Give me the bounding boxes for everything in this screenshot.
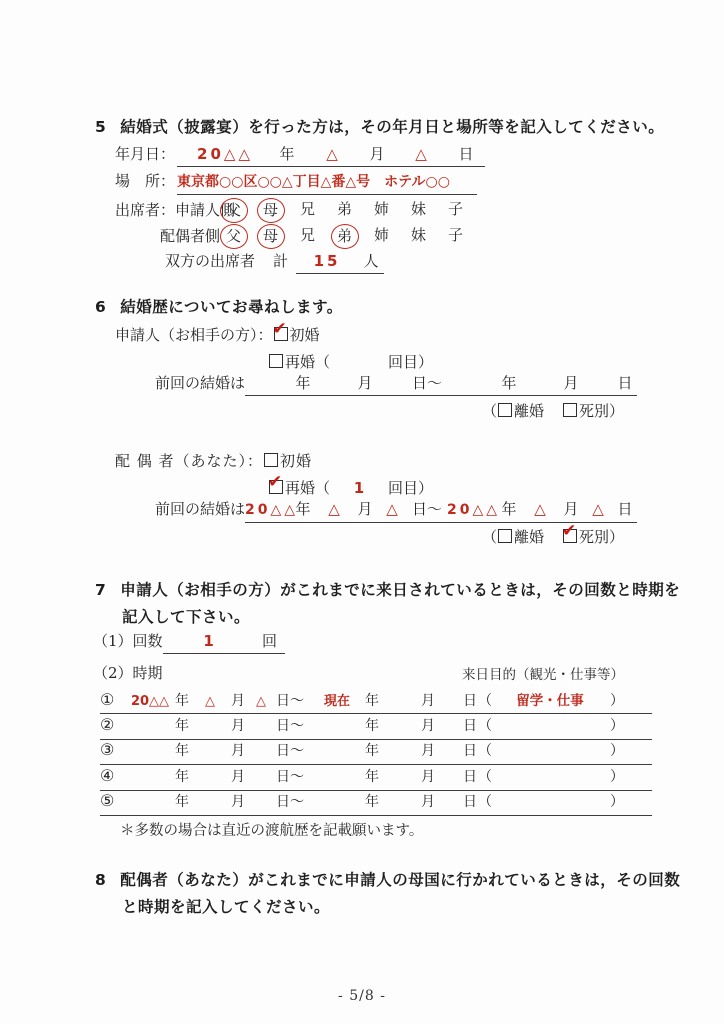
kinship-item: 姉 xyxy=(363,198,400,223)
checkbox-spouse-bereavement-checked: ✔ xyxy=(563,529,577,543)
kinship-younger-sister: 妹 xyxy=(411,224,427,245)
checkbox-spouse-remarriage-checked: ✔ xyxy=(269,480,283,494)
visit-count-row: （1）回数1回 xyxy=(93,632,285,654)
prev-to-day-value: △ xyxy=(583,500,613,519)
month-unit: 月 xyxy=(363,145,391,164)
row-number: ① xyxy=(100,690,126,709)
visit-purpose-header: 来日目的（観光・仕事等） xyxy=(462,667,624,684)
first-marriage-label: 初婚 xyxy=(280,452,312,470)
total-attendees-value: 15 xyxy=(296,252,358,271)
section5-number: 5 xyxy=(95,118,106,137)
wedding-place-row: 場 所：東京都○○区○○△丁目△番△号 ホテル○○ xyxy=(115,172,477,195)
section8-number: 8 xyxy=(95,871,106,890)
section6-title: 結婚歴についてお尋ねします。 xyxy=(120,298,342,316)
kinship-item: 母 xyxy=(252,198,289,223)
year-unit: 年 xyxy=(497,374,521,393)
close-paren: ） xyxy=(610,791,622,811)
day-tilde-unit: 日～ xyxy=(276,740,310,760)
kinship-elder-sister: 姉 xyxy=(374,198,390,219)
section7-title-line2: 記入して下さい。 xyxy=(122,608,250,626)
remarriage-suffix: 回目） xyxy=(388,353,433,371)
section7-title-line1: 申請人（お相手の方）がこれまでに来日されているときは，その回数と時期を xyxy=(120,581,680,599)
day-unit: 日 xyxy=(462,690,478,710)
year-unit: 年 xyxy=(174,715,190,735)
spouse-side-label: 配偶者側 xyxy=(160,227,220,245)
year-unit: 年 xyxy=(364,715,380,735)
visit-row-1: ①20△△年△月△日～現在年月日（留学・仕事） xyxy=(100,689,652,714)
kinship-elder-brother: 兄 xyxy=(300,198,316,219)
day-tilde-unit: 日～ xyxy=(407,374,447,393)
wedding-date-field: 20△△年△月△日 xyxy=(177,145,485,167)
day-unit: 日 xyxy=(462,740,478,760)
visit-row-5: ⑤年月日～年月日（） xyxy=(100,791,652,816)
kinship-child: 子 xyxy=(448,198,464,219)
wedding-month-value: △ xyxy=(301,145,363,164)
previous-marriage-label: 前回の結婚は xyxy=(155,374,245,392)
year-unit: 年 xyxy=(273,145,301,164)
applicant-marriage-history-row: 申請人（お相手の方）：✔初婚 xyxy=(115,326,320,345)
applicant-previous-marriage-row: 前回の結婚は年月日～年月日 xyxy=(155,374,637,396)
row-number: ⑤ xyxy=(100,791,126,810)
year-unit: 年 xyxy=(174,690,190,710)
spouse-previous-marriage-row: 前回の結婚は20△△年△月△日～20△△年△月△日 xyxy=(155,500,637,523)
applicant-label: 申請人（お相手の方）： xyxy=(115,326,273,344)
wedding-day-value: △ xyxy=(391,145,451,164)
kinship-item: 弟 xyxy=(326,224,363,249)
year-unit: 年 xyxy=(364,740,380,760)
times-unit: 回 xyxy=(255,632,285,651)
close-paren: ） xyxy=(610,766,622,786)
kinship-elder-brother: 兄 xyxy=(300,224,316,245)
kinship-item: 妹 xyxy=(400,198,437,223)
section7-number: 7 xyxy=(95,581,106,600)
month-unit: 月 xyxy=(230,740,246,760)
open-paren: （ xyxy=(478,690,490,710)
year-unit: 年 xyxy=(364,766,380,786)
checkbox-spouse-first-marriage xyxy=(264,453,278,467)
open-paren: （ xyxy=(482,402,497,420)
month-unit: 月 xyxy=(420,740,436,760)
visit-note-row: ＊多数の場合は直近の渡航歴を記載願います。 xyxy=(120,822,423,840)
open-paren: （ xyxy=(478,766,490,786)
section5-title: 結婚式（披露宴）を行った方は，その年月日と場所等を記入してください。 xyxy=(120,118,664,136)
kinship-child: 子 xyxy=(448,224,464,245)
open-paren: （ xyxy=(478,791,490,811)
previous-marriage-label: 前回の結婚は xyxy=(155,500,245,518)
visit-note: ＊多数の場合は直近の渡航歴を記載願います。 xyxy=(120,823,423,839)
checkbox-applicant-first-marriage-checked: ✔ xyxy=(274,327,288,341)
visit-purpose-value: 留学・仕事 xyxy=(490,689,610,709)
attendees-applicant-kinship-row: 父 母 兄 弟 姉 妹 子 xyxy=(215,198,474,223)
visit-row-2: ②年月日～年月日（） xyxy=(100,715,652,740)
total-attendees-label: 双方の出席者 xyxy=(165,252,255,270)
kinship-item: 兄 xyxy=(289,198,326,223)
check-icon: ✔ xyxy=(273,319,287,340)
month-unit: 月 xyxy=(353,374,377,393)
applicant-divorce-bereavement-row: （離婚死別） xyxy=(482,402,624,421)
wedding-place-field: 東京都○○区○○△丁目△番△号 ホテル○○ xyxy=(177,174,477,195)
section8-heading-line1: 8配偶者（あなた）がこれまでに申請人の母国に行かれているときは，その回数 xyxy=(95,871,680,890)
month-unit: 月 xyxy=(230,690,246,710)
page-number-text: - 5/8 - xyxy=(338,988,386,1004)
checkbox-applicant-bereavement xyxy=(563,403,577,417)
from-month-value: △ xyxy=(190,694,230,709)
page-number: - 5/8 - xyxy=(0,988,724,1004)
remarriage-suffix: 回目） xyxy=(388,479,433,497)
spouse-remarriage-row: ✔再婚（1回目） xyxy=(268,479,433,498)
day-unit: 日 xyxy=(462,715,478,735)
month-unit: 月 xyxy=(559,374,583,393)
visit-count-label: （1）回数 xyxy=(93,632,163,650)
close-paren: ） xyxy=(610,690,622,710)
year-unit: 年 xyxy=(497,500,521,519)
month-unit: 月 xyxy=(559,500,583,519)
open-paren: （ xyxy=(482,528,497,546)
kinship-father-circled: 父 xyxy=(220,224,248,249)
divorce-label: 離婚 xyxy=(514,402,544,420)
year-unit: 年 xyxy=(174,791,190,811)
year-unit: 年 xyxy=(364,690,380,710)
purpose-header-label: 来日目的（観光・仕事等） xyxy=(462,667,624,683)
kinship-item: 妹 xyxy=(400,224,437,249)
remarriage-label: 再婚（ xyxy=(285,353,330,371)
visit-period-label-row: （2）時期 xyxy=(93,664,163,683)
applicant-remarriage-row: 再婚（回目） xyxy=(268,353,433,372)
applicant-previous-marriage-field: 年月日～年月日 xyxy=(245,374,637,396)
section7-heading-line1: 7申請人（お相手の方）がこれまでに来日されているときは，その回数と時期を xyxy=(95,581,680,600)
year-unit: 年 xyxy=(174,766,190,786)
kinship-item: 父 xyxy=(215,198,252,223)
prev-from-year-value: 20△△ xyxy=(245,502,291,520)
bereavement-label: 死別 xyxy=(579,402,609,420)
total-counter-label: 計 xyxy=(273,252,288,270)
checkbox-applicant-divorce xyxy=(498,403,512,417)
day-tilde-unit: 日～ xyxy=(276,791,310,811)
kinship-father-circled: 父 xyxy=(220,198,248,223)
checkbox-applicant-remarriage xyxy=(269,354,283,368)
prev-from-day-value: △ xyxy=(377,500,407,519)
check-icon: ✔ xyxy=(268,472,282,493)
divorce-label: 離婚 xyxy=(514,528,544,546)
month-unit: 月 xyxy=(420,766,436,786)
day-unit: 日 xyxy=(613,500,637,519)
kinship-younger-sister: 妹 xyxy=(411,198,427,219)
kinship-item: 弟 xyxy=(326,198,363,223)
day-tilde-unit: 日～ xyxy=(276,715,310,735)
spouse-divorce-bereavement-row: （離婚✔死別） xyxy=(482,528,624,547)
month-unit: 月 xyxy=(420,690,436,710)
day-unit: 日 xyxy=(613,374,637,393)
section7-heading-line2: 記入して下さい。 xyxy=(122,608,250,627)
visit-row-3: ③年月日～年月日（） xyxy=(100,740,652,765)
attendees-spouse-label-row: 配偶者側 xyxy=(160,227,220,246)
kinship-younger-brother-circled: 弟 xyxy=(331,224,359,249)
wedding-date-label: 年月日： xyxy=(115,145,175,163)
check-icon: ✔ xyxy=(562,521,576,542)
close-paren: ） xyxy=(610,715,622,735)
spouse-remarriage-count: 1 xyxy=(330,479,388,498)
month-unit: 月 xyxy=(420,715,436,735)
day-tilde-unit: 日～ xyxy=(276,766,310,786)
checkbox-spouse-divorce xyxy=(498,529,512,543)
spouse-marriage-history-row: 配 偶 者（あなた）：初婚 xyxy=(115,452,312,471)
kinship-elder-sister: 姉 xyxy=(374,224,390,245)
open-paren: （ xyxy=(478,740,490,760)
row-number: ② xyxy=(100,715,126,734)
visit-row-4: ④年月日～年月日（） xyxy=(100,766,652,791)
visit-count-field: 1回 xyxy=(163,632,285,654)
section8-heading-line2: と時期を記入してください。 xyxy=(122,898,330,917)
month-unit: 月 xyxy=(230,791,246,811)
visit-period-label: （2）時期 xyxy=(93,664,163,682)
spouse-label: 配 偶 者（あなた）： xyxy=(115,452,263,470)
close-paren: ） xyxy=(610,740,622,760)
kinship-mother-circled: 母 xyxy=(257,198,285,223)
day-unit: 日 xyxy=(462,791,478,811)
day-tilde-unit: 日～ xyxy=(407,500,447,519)
month-unit: 月 xyxy=(230,715,246,735)
row-number: ④ xyxy=(100,766,126,785)
section8-title-line2: と時期を記入してください。 xyxy=(122,898,330,916)
total-attendees-row: 双方の出席者計15人 xyxy=(165,252,384,274)
bereavement-label: 死別 xyxy=(579,528,609,546)
kinship-item: 子 xyxy=(437,198,474,223)
attendees-label: 出席者： xyxy=(115,201,175,219)
kinship-item: 父 xyxy=(215,224,252,249)
prev-to-month-value: △ xyxy=(521,500,559,519)
day-unit: 日 xyxy=(462,766,478,786)
close-paren: ） xyxy=(609,528,624,546)
month-unit: 月 xyxy=(353,500,377,519)
year-unit: 年 xyxy=(364,791,380,811)
kinship-younger-brother: 弟 xyxy=(337,198,353,219)
spouse-previous-marriage-field: 20△△年△月△日～20△△年△月△日 xyxy=(245,500,637,523)
month-unit: 月 xyxy=(420,791,436,811)
row-number: ③ xyxy=(100,740,126,759)
day-tilde-unit: 日～ xyxy=(276,690,310,710)
wedding-place-value: 東京都○○区○○△丁目△番△号 ホテル○○ xyxy=(177,174,450,192)
open-paren: （ xyxy=(478,715,490,735)
attendees-spouse-kinship-row: 父 母 兄 弟 姉 妹 子 xyxy=(215,224,474,249)
first-marriage-label: 初婚 xyxy=(290,326,320,344)
wedding-date-row: 年月日：20△△年△月△日 xyxy=(115,145,485,167)
document-page: 5結婚式（披露宴）を行った方は，その年月日と場所等を記入してください。 年月日：… xyxy=(0,0,724,1024)
day-unit: 日 xyxy=(451,145,481,164)
to-year-value: 現在 xyxy=(310,690,364,709)
kinship-item: 姉 xyxy=(363,224,400,249)
section8-title-line1: 配偶者（あなた）がこれまでに申請人の母国に行かれているときは，その回数 xyxy=(120,871,680,889)
year-unit: 年 xyxy=(291,500,315,519)
from-day-value: △ xyxy=(246,694,276,709)
year-unit: 年 xyxy=(174,740,190,760)
prev-from-month-value: △ xyxy=(315,500,353,519)
wedding-place-label: 場 所： xyxy=(115,172,175,190)
year-unit: 年 xyxy=(291,374,315,393)
kinship-item: 子 xyxy=(437,224,474,249)
from-year-value: 20△△ xyxy=(126,694,174,709)
prev-to-year-value: 20△△ xyxy=(447,502,497,520)
kinship-item: 兄 xyxy=(289,224,326,249)
visit-count-value: 1 xyxy=(163,632,255,651)
remarriage-label: 再婚（ xyxy=(285,479,330,497)
close-paren: ） xyxy=(609,402,624,420)
kinship-mother-circled: 母 xyxy=(257,224,285,249)
section6-heading: 6結婚歴についてお尋ねします。 xyxy=(95,298,343,317)
month-unit: 月 xyxy=(230,766,246,786)
wedding-year-value: 20△△ xyxy=(177,145,273,164)
section5-heading: 5結婚式（披露宴）を行った方は，その年月日と場所等を記入してください。 xyxy=(95,118,664,137)
person-unit: 人 xyxy=(358,252,384,271)
section6-number: 6 xyxy=(95,298,106,317)
kinship-item: 母 xyxy=(252,224,289,249)
total-attendees-field: 15人 xyxy=(296,252,384,274)
